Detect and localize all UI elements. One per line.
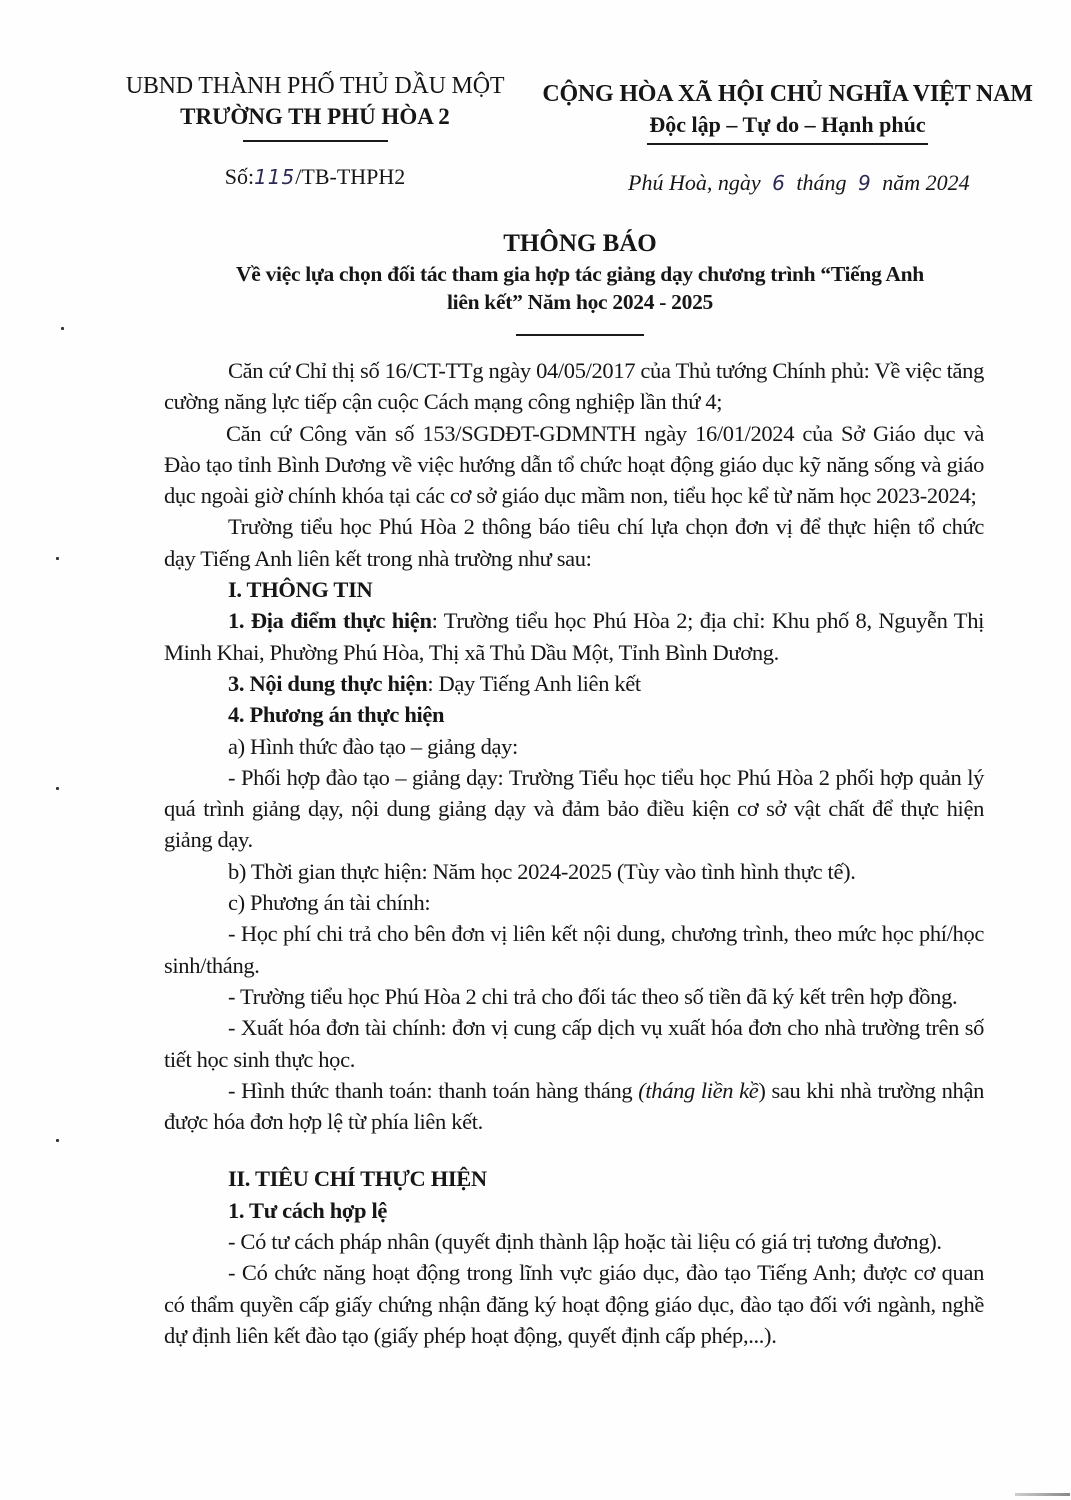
document-subtitle-line-1: Về việc lựa chọn đối tác tham gia hợp tá… [150, 260, 1010, 288]
finance-item: - Trường tiểu học Phú Hòa 2 chi trả cho … [164, 981, 984, 1012]
national-motto: Độc lập – Tự do – Hạnh phúc [647, 110, 927, 145]
issuing-agency-header: UBND THÀNH PHỐ THỦ DẦU MỘT TRƯỜNG TH PHÚ… [110, 70, 520, 190]
date-day: 6 [766, 171, 791, 195]
section-1-item-4-heading: 4. Phương án thực hiện [228, 699, 984, 730]
country-name: CỘNG HÒA XÃ HỘI CHỦ NGHĨA VIỆT NAM [540, 78, 1035, 110]
scan-edge-mark [1015, 1493, 1070, 1496]
agency-name: UBND THÀNH PHỐ THỦ DẦU MỘT [110, 70, 520, 102]
scan-speck [56, 787, 59, 790]
scan-speck [61, 327, 64, 330]
section-1-item-3: 3. Nội dung thực hiện: Dạy Tiếng Anh liê… [164, 668, 984, 699]
document-number-handwritten: 115 [254, 165, 295, 189]
section-1-heading: I. THÔNG TIN [228, 574, 984, 605]
document-title: THÔNG BÁO [150, 228, 1010, 260]
scan-speck [56, 1139, 59, 1142]
sub-a-text: - Phối hợp đào tạo – giảng dạy: Trường T… [164, 762, 984, 856]
section-2-sub-1: 1. Tư cách hợp lệ [228, 1195, 984, 1226]
document-number-prefix: Số: [225, 164, 254, 189]
header-left-divider [243, 140, 388, 142]
date-place: Phú Hoà, ngày [628, 170, 761, 195]
criteria-item: - Có chức năng hoạt động trong lĩnh vực … [164, 1257, 984, 1351]
payment-method: - Hình thức thanh toán: thanh toán hàng … [164, 1075, 984, 1138]
item-3-text: : Dạy Tiếng Anh liên kết [427, 671, 640, 696]
title-divider [516, 334, 644, 336]
document-body: Căn cứ Chỉ thị số 16/CT-TTg ngày 04/05/2… [164, 355, 984, 1351]
national-header: CỘNG HÒA XÃ HỘI CHỦ NGHĨA VIỆT NAM Độc l… [540, 78, 1035, 145]
payment-prefix: - Hình thức thanh toán: thanh toán hàng … [228, 1078, 638, 1103]
section-spacer [164, 1137, 984, 1163]
item-3-label: 3. Nội dung thực hiện [228, 671, 427, 696]
criteria-item: - Có tư cách pháp nhân (quyết định thành… [164, 1226, 984, 1257]
legal-basis-2: Căn cứ Công văn số 153/SGDĐT-GDMNTH ngày… [164, 418, 984, 512]
sub-b-text: b) Thời gian thực hiện: Năm học 2024-202… [164, 856, 984, 887]
sub-c-label: c) Phương án tài chính: [164, 887, 984, 918]
date-month-label: tháng [796, 170, 846, 195]
date-month: 9 [852, 171, 877, 195]
section-2-heading: II. TIÊU CHÍ THỰC HIỆN [228, 1163, 984, 1194]
finance-item: - Xuất hóa đơn tài chính: đơn vị cung cấ… [164, 1012, 984, 1075]
school-name: TRƯỜNG TH PHÚ HÒA 2 [110, 102, 520, 132]
finance-item: - Học phí chi trả cho bên đơn vị liên kế… [164, 918, 984, 981]
sub-a-label: a) Hình thức đào tạo – giảng dạy: [164, 731, 984, 762]
item-1-label: 1. Địa điểm thực hiện [228, 608, 432, 633]
legal-basis-1: Căn cứ Chỉ thị số 16/CT-TTg ngày 04/05/2… [164, 355, 984, 418]
section-1-item-1: 1. Địa điểm thực hiện: Trường tiểu học P… [164, 605, 984, 668]
date-year: năm 2024 [882, 170, 969, 195]
payment-italic: (tháng liền kề [638, 1078, 758, 1103]
document-page: UBND THÀNH PHỐ THỦ DẦU MỘT TRƯỜNG TH PHÚ… [0, 0, 1071, 1500]
document-title-block: THÔNG BÁO Về việc lựa chọn đối tác tham … [150, 228, 1010, 336]
document-number-suffix: /TB-THPH2 [295, 164, 405, 189]
intro-paragraph: Trường tiểu học Phú Hòa 2 thông báo tiêu… [164, 511, 984, 574]
scan-speck [56, 557, 59, 560]
document-subtitle-line-2: liên kết” Năm học 2024 - 2025 [150, 288, 1010, 316]
date-place-line: Phú Hoà, ngày 6 tháng 9 năm 2024 [628, 170, 970, 196]
document-number: Số:115/TB-THPH2 [110, 164, 520, 190]
